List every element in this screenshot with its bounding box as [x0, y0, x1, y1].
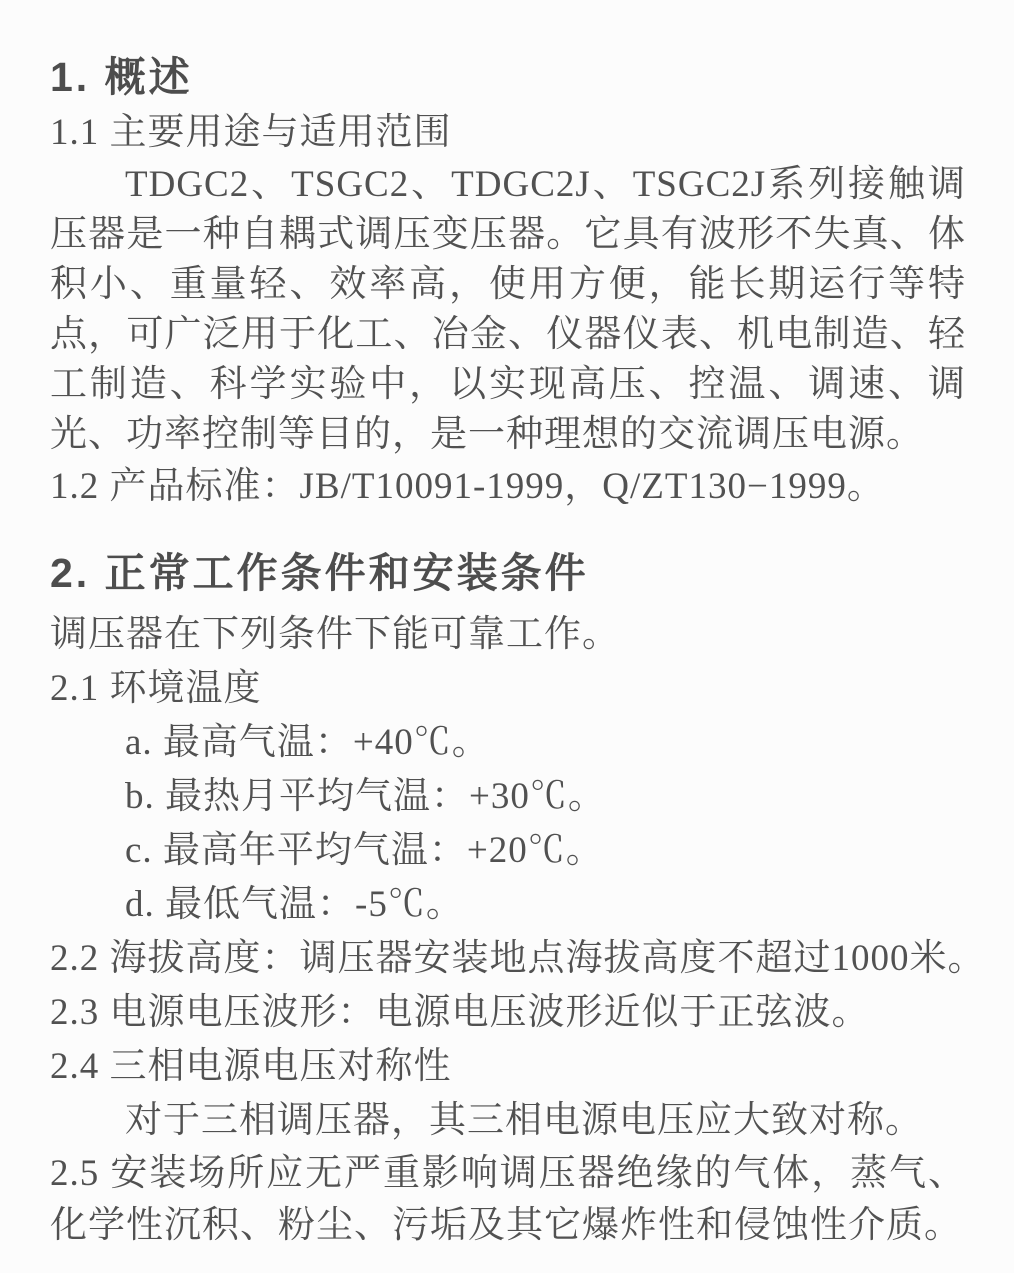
clause-1-1-usage-title: 1.1 主要用途与适用范围	[50, 106, 966, 160]
clause-2-5-installation-environment: 2.5 安装场所应无严重影响调压器绝缘的气体，蒸气、化学性沉积、粉尘、污垢及其它…	[50, 1148, 966, 1252]
document-body: { "page": { "background": "#fcfcfc", "te…	[0, 0, 1014, 1273]
clause-2-3-voltage-waveform: 2.3 电源电压波形：电源电压波形近似于正弦波。	[50, 986, 966, 1040]
temperature-item-a: a. 最高气温：+40℃。	[50, 716, 966, 770]
clause-1-2-product-standards: 1.2 产品标准：JB/T10091-1999，Q/ZT130−1999。	[50, 460, 966, 514]
clause-2-4-three-phase-symmetry: 2.4 三相电源电压对称性	[50, 1040, 966, 1094]
section-2-heading: 2. 正常工作条件和安装条件	[50, 544, 966, 602]
clause-2-2-altitude: 2.2 海拔高度：调压器安装地点海拔高度不超过1000米。	[50, 932, 966, 986]
temperature-item-c: c. 最高年平均气温：+20℃。	[50, 824, 966, 878]
document-page: 1. 概述 1.1 主要用途与适用范围 TDGC2、TSGC2、TDGC2J、T…	[0, 0, 1014, 1273]
usage-description-paragraph: TDGC2、TSGC2、TDGC2J、TSGC2J系列接触调压器是一种自耦式调压…	[50, 160, 966, 460]
temperature-item-d: d. 最低气温：-5℃。	[50, 878, 966, 932]
temperature-item-b: b. 最热月平均气温：+30℃。	[50, 770, 966, 824]
clause-2-4-symmetry-detail: 对于三相调压器，其三相电源电压应大致对称。	[50, 1094, 966, 1148]
clause-2-1-ambient-temperature: 2.1 环境温度	[50, 662, 966, 716]
reliability-intro: 调压器在下列条件下能可靠工作。	[50, 608, 966, 662]
section-1-heading: 1. 概述	[50, 48, 966, 106]
